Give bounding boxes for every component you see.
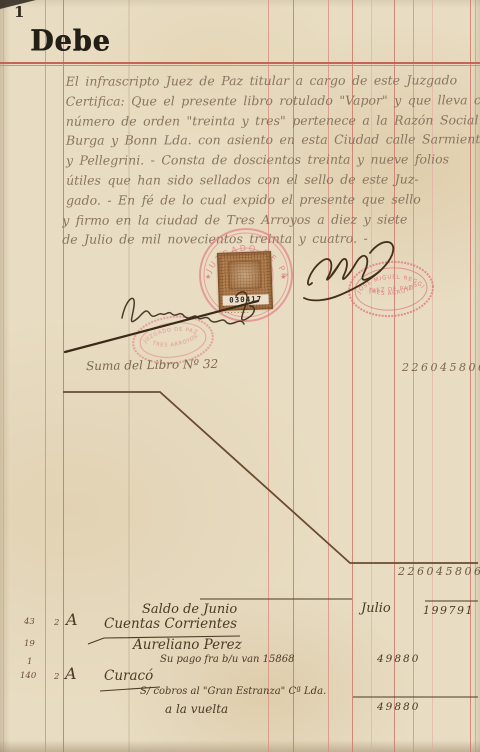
clerk-oval-stamp-city: TRES ARROYOS: [150, 333, 201, 351]
entry-name: Aureliano Perez: [133, 637, 242, 653]
entry-heading: Saldo de Junio: [142, 602, 237, 617]
column-number: 2: [54, 618, 59, 628]
ledger-rule-vertical: [45, 0, 46, 752]
page-title-debe: Debe: [30, 25, 111, 58]
entry-amount: 49880: [377, 701, 420, 713]
judge-oval-stamp-title: JUEZ DE PAZ: [368, 285, 413, 294]
suma-amount: 226045806: [402, 361, 480, 374]
entry-detail: Su pago fra b/u van 15868: [160, 654, 295, 665]
ledger-rule-vertical: [63, 0, 64, 752]
certificate-line: El infrascripto Juez de Paz titular a ca…: [66, 70, 476, 91]
revenue-stamp-crest: [228, 260, 261, 289]
star-icon: ★: [205, 273, 211, 281]
svg-text:JUZGADO DE PAZ: JUZGADO DE PAZ: [141, 324, 200, 345]
certificate-line: de Julio de mil novecientos treinta y cu…: [62, 229, 476, 250]
certificate-text: El infrascripto Juez de Paz titular a ca…: [66, 70, 477, 250]
entry-title: Cuentas Corrientes: [104, 616, 237, 632]
page-number: 1: [14, 3, 24, 21]
star-icon: ★: [280, 273, 286, 281]
svg-text:TRES ARROYOS: TRES ARROYOS: [366, 282, 420, 299]
certificate-line: Certifica: Que el presente libro rotulad…: [66, 90, 476, 111]
signature-right: [304, 242, 393, 300]
suma-label: Suma del Libro Nº 32: [86, 357, 218, 373]
certificate-line: y firmo en la ciudad de Tres Arroyos a d…: [62, 209, 476, 230]
certificate-line: gado. - En fé de lo cual expido el prese…: [66, 189, 476, 210]
folio-number: 19: [24, 639, 35, 649]
entry-title: Curacó: [104, 668, 153, 684]
month-amount: 199791: [423, 604, 474, 617]
cancel-lines: [63, 392, 478, 563]
certificate-line: útiles que han sido sellados con el sell…: [66, 169, 476, 190]
month-label: Julio: [361, 601, 391, 616]
column-number: 2: [54, 672, 59, 682]
revenue-stamp-perforation: ·········: [221, 309, 250, 317]
ledger-page: 1 Debe El infrascripto Juez de Paz titul…: [0, 0, 480, 752]
judge-oval-stamp-name: JOSE MIGUEL REGGI: [355, 272, 426, 296]
certificate-line: Burga y Bonn Lda. con asiento en esta Ci…: [66, 130, 476, 151]
entry-detail: S/ cobros al "Gran Estranza" Cª Lda.: [140, 686, 326, 697]
certificate-line: y Pellegrini. - Consta de doscientos tre…: [66, 149, 476, 170]
entry-prefix: A: [65, 664, 77, 683]
carry-amount: 226045806: [398, 565, 480, 578]
certificate-line: número de orden "treinta y tres" pertene…: [66, 110, 476, 131]
revenue-stamp-serial: 030417: [223, 294, 269, 306]
ledger-rule-horizontal: [0, 65, 480, 66]
folio-number: 140: [20, 671, 36, 681]
folio-number: 43: [24, 617, 35, 627]
clerk-oval-stamp-text: JUZGADO DE PAZ: [141, 324, 200, 345]
judge-oval-stamp: JOSE MIGUEL REGGI JUEZ DE PAZ TRES ARROY…: [342, 251, 441, 327]
svg-text:TRES ARROYOS: TRES ARROYOS: [150, 333, 201, 351]
entry-prefix: A: [66, 610, 78, 629]
entry-detail: a la vuelta: [165, 702, 228, 716]
svg-text:JOSE MIGUEL REGGI: JOSE MIGUEL REGGI: [355, 272, 426, 296]
entry-amount: 49880: [377, 653, 420, 665]
judge-oval-stamp-city: TRES ARROYOS: [366, 282, 420, 299]
revenue-stamp: 030417: [217, 251, 273, 311]
folio-number: 1: [27, 657, 32, 667]
ledger-rule-horizontal: [0, 62, 480, 64]
ledger-rule-vertical: [3, 0, 4, 752]
